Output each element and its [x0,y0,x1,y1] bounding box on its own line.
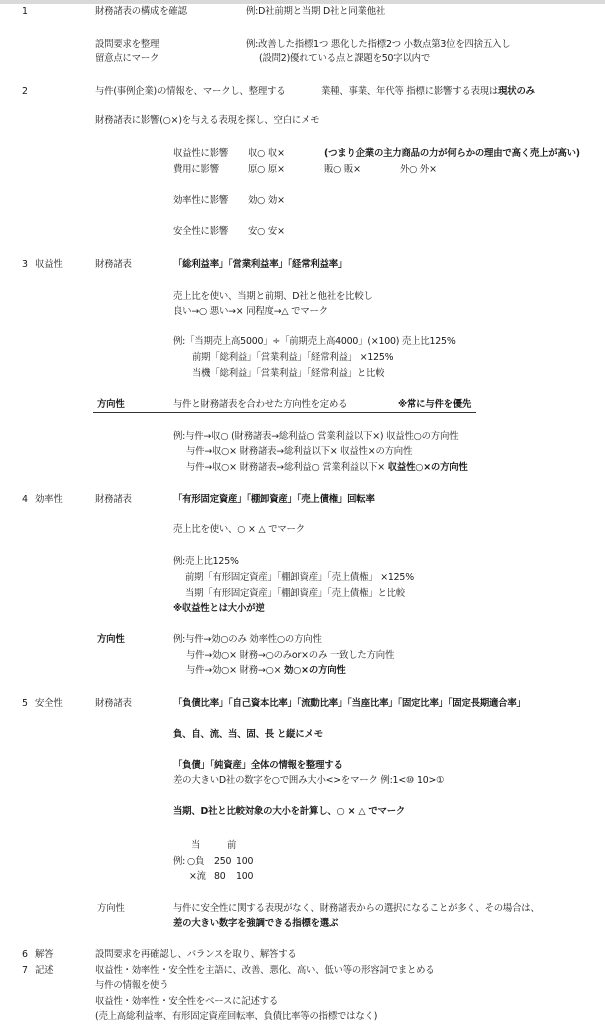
effect-marks: 原○ 原× [248,164,285,176]
table-header-current: 当 [191,840,200,852]
step-example: (設問2)優れている点と課題を50字以内で [259,53,430,65]
effect-label: 効率性に影響 [173,195,228,207]
direction-text: 与件に安全性に関する表現がなく、財務諸表からの選択になることが多く、その場合は、 [173,903,540,915]
viewer-top-edge [0,0,605,4]
example-line: 例:売上比125% [173,556,239,568]
step-text: 与件の情報を使う [95,980,168,992]
effect-marks: 効○ 効× [248,195,285,207]
example-line: 前期「有形固定資産」「棚卸資産」「売上債権」 ×125% [185,572,414,584]
table-row-label: ○負 [187,856,204,868]
fs-label: 財務諸表 [95,259,132,271]
step-title: 記述 [35,965,53,977]
table-row-label: ×流 [189,871,206,883]
table-prefix: 例: [173,856,185,868]
direction-example: 例:与件→収○ (財務諸表→総利益○ 営業利益以下×) 収益性○の方向性 [173,431,458,443]
effect-label: 安全性に影響 [173,226,228,238]
circle-text: 差の大きいD社の数字を○で囲み大小<>をマーク 例:1<⑩ 10>① [173,775,444,787]
step-label: 設問要求を整理 [95,39,159,51]
organize-text: 「負債」「純資産」全体の情報を整理する [173,760,343,772]
step-text: 設問要求を再確認し、バランスを取り、解答する [95,949,297,961]
step-number: 4 [22,494,28,506]
direction-example: 与件→収○× 財務諸表→総利益○ 営業利益以下× 収益性○×の方向性 [186,462,468,474]
step-example: 例:D社前期と当期 D社と同業他社 [246,6,385,18]
example-line: 当期「有形固定資産」「棚卸資産」「売上債権」と比較 [185,588,405,600]
direction-example: 与件→効○× 財務→○のみor×のみ 一致した方向性 [186,650,394,662]
direction-example: 与件→効○× 財務→○× 効○×の方向性 [186,665,346,677]
effect-marks: 収○ 収× [248,148,285,160]
example-line: 例:「当期売上高5000」÷「前期売上高4000」(×100) 売上比125% [173,336,456,348]
step-text: (売上高総利益率、有形固定資産回転率、負債比率等の指標ではなく) [95,1011,377,1023]
compare-text: 売上比を使い、○ × △ でマーク [173,524,305,536]
effect-marks: 外○ 外× [400,164,437,176]
calc-text: 当期、D社と比較対象の大小を計算し、○ × △ でマーク [173,806,405,818]
metrics: 「総利益率」「営業利益率」「経常利益率」 [173,259,347,271]
direction-bold: 差の大きい数字を強調できる指標を選ぶ [173,918,338,930]
step-number: 3 [22,259,28,271]
direction-label: 方向性 [97,634,125,646]
table-header-previous: 前 [227,840,236,852]
direction-example: 例:与件→効○のみ 効率性○の方向性 [173,634,322,646]
direction-label: 方向性 [97,903,125,915]
step-number: 6 [22,949,28,961]
metrics: 「有形固定資産」「棚卸資産」「売上債権」回転率 [173,494,375,506]
example-line: 前期「総利益」「営業利益」「経常利益」 ×125% [192,352,393,364]
table-cell: 100 [236,871,253,883]
effect-note: (つまり企業の主力商品の力が何らかの理由で高く売上が高い) [324,148,580,160]
step-example: 例:改善した指標1つ 悪化した指標2つ 小数点第3位を四捨五入し [246,39,510,51]
step-note: 業種、事業、年代等 指標に影響する表現は現状のみ [321,86,535,98]
table-cell: 100 [236,856,253,868]
direction-text: 与件と財務諸表を合わせた方向性を定める [173,399,347,411]
step-title: 効率性 [35,494,63,506]
step-text: 財務諸表に影響(○×)を与える表現を探し、空白にメモ [95,115,319,127]
compare-text: 売上比を使い、当期と前期、D社と他社を比較し [173,291,373,303]
direction-label: 方向性 [97,399,125,411]
step-text: 収益性・効率性・安全性をベースに記述する [95,996,278,1008]
fs-label: 財務諸表 [95,494,132,506]
effect-label: 収益性に影響 [173,148,228,160]
effect-label: 費用に影響 [173,164,219,176]
step-number: 7 [22,965,28,977]
direction-note: ※常に与件を優先 [398,399,471,411]
step-text: 収益性・効率性・安全性を主語に、改善、悪化、高い、低い等の形容詞でまとめる [95,965,434,977]
effect-marks: 販○ 販× [324,164,361,176]
step-label: 留意点にマーク [95,53,159,65]
memo-text: 負、自、流、当、固、長 と縦にメモ [173,729,323,741]
step-number: 5 [22,698,28,710]
step-title: 収益性 [35,259,63,271]
table-cell: 80 [214,871,226,883]
direction-example: 与件→収○× 財務諸表→総利益以下× 収益性×の方向性 [186,446,412,458]
step-title: 解答 [35,949,53,961]
effect-marks: 安○ 安× [248,226,285,238]
example-line: 当機「総利益」「営業利益」「経常利益」と比較 [192,368,384,380]
note: ※収益性とは大小が逆 [173,603,265,615]
step-label: 財務諸表の構成を確認 [95,6,187,18]
step-number: 1 [22,6,28,18]
metrics: 「負債比率」「自己資本比率」「流動比率」「当座比率」「固定比率」「固定長期適合率… [173,698,526,710]
compare-text: 良い→○ 悪い→× 同程度→△ でマーク [173,306,328,318]
fs-label: 財務諸表 [95,698,132,710]
step-label: 与件(事例企業)の情報を、マークし、整理する [95,86,285,98]
underline-divider [93,412,476,413]
table-cell: 250 [214,856,231,868]
step-title: 安全性 [35,698,63,710]
step-number: 2 [22,86,28,98]
